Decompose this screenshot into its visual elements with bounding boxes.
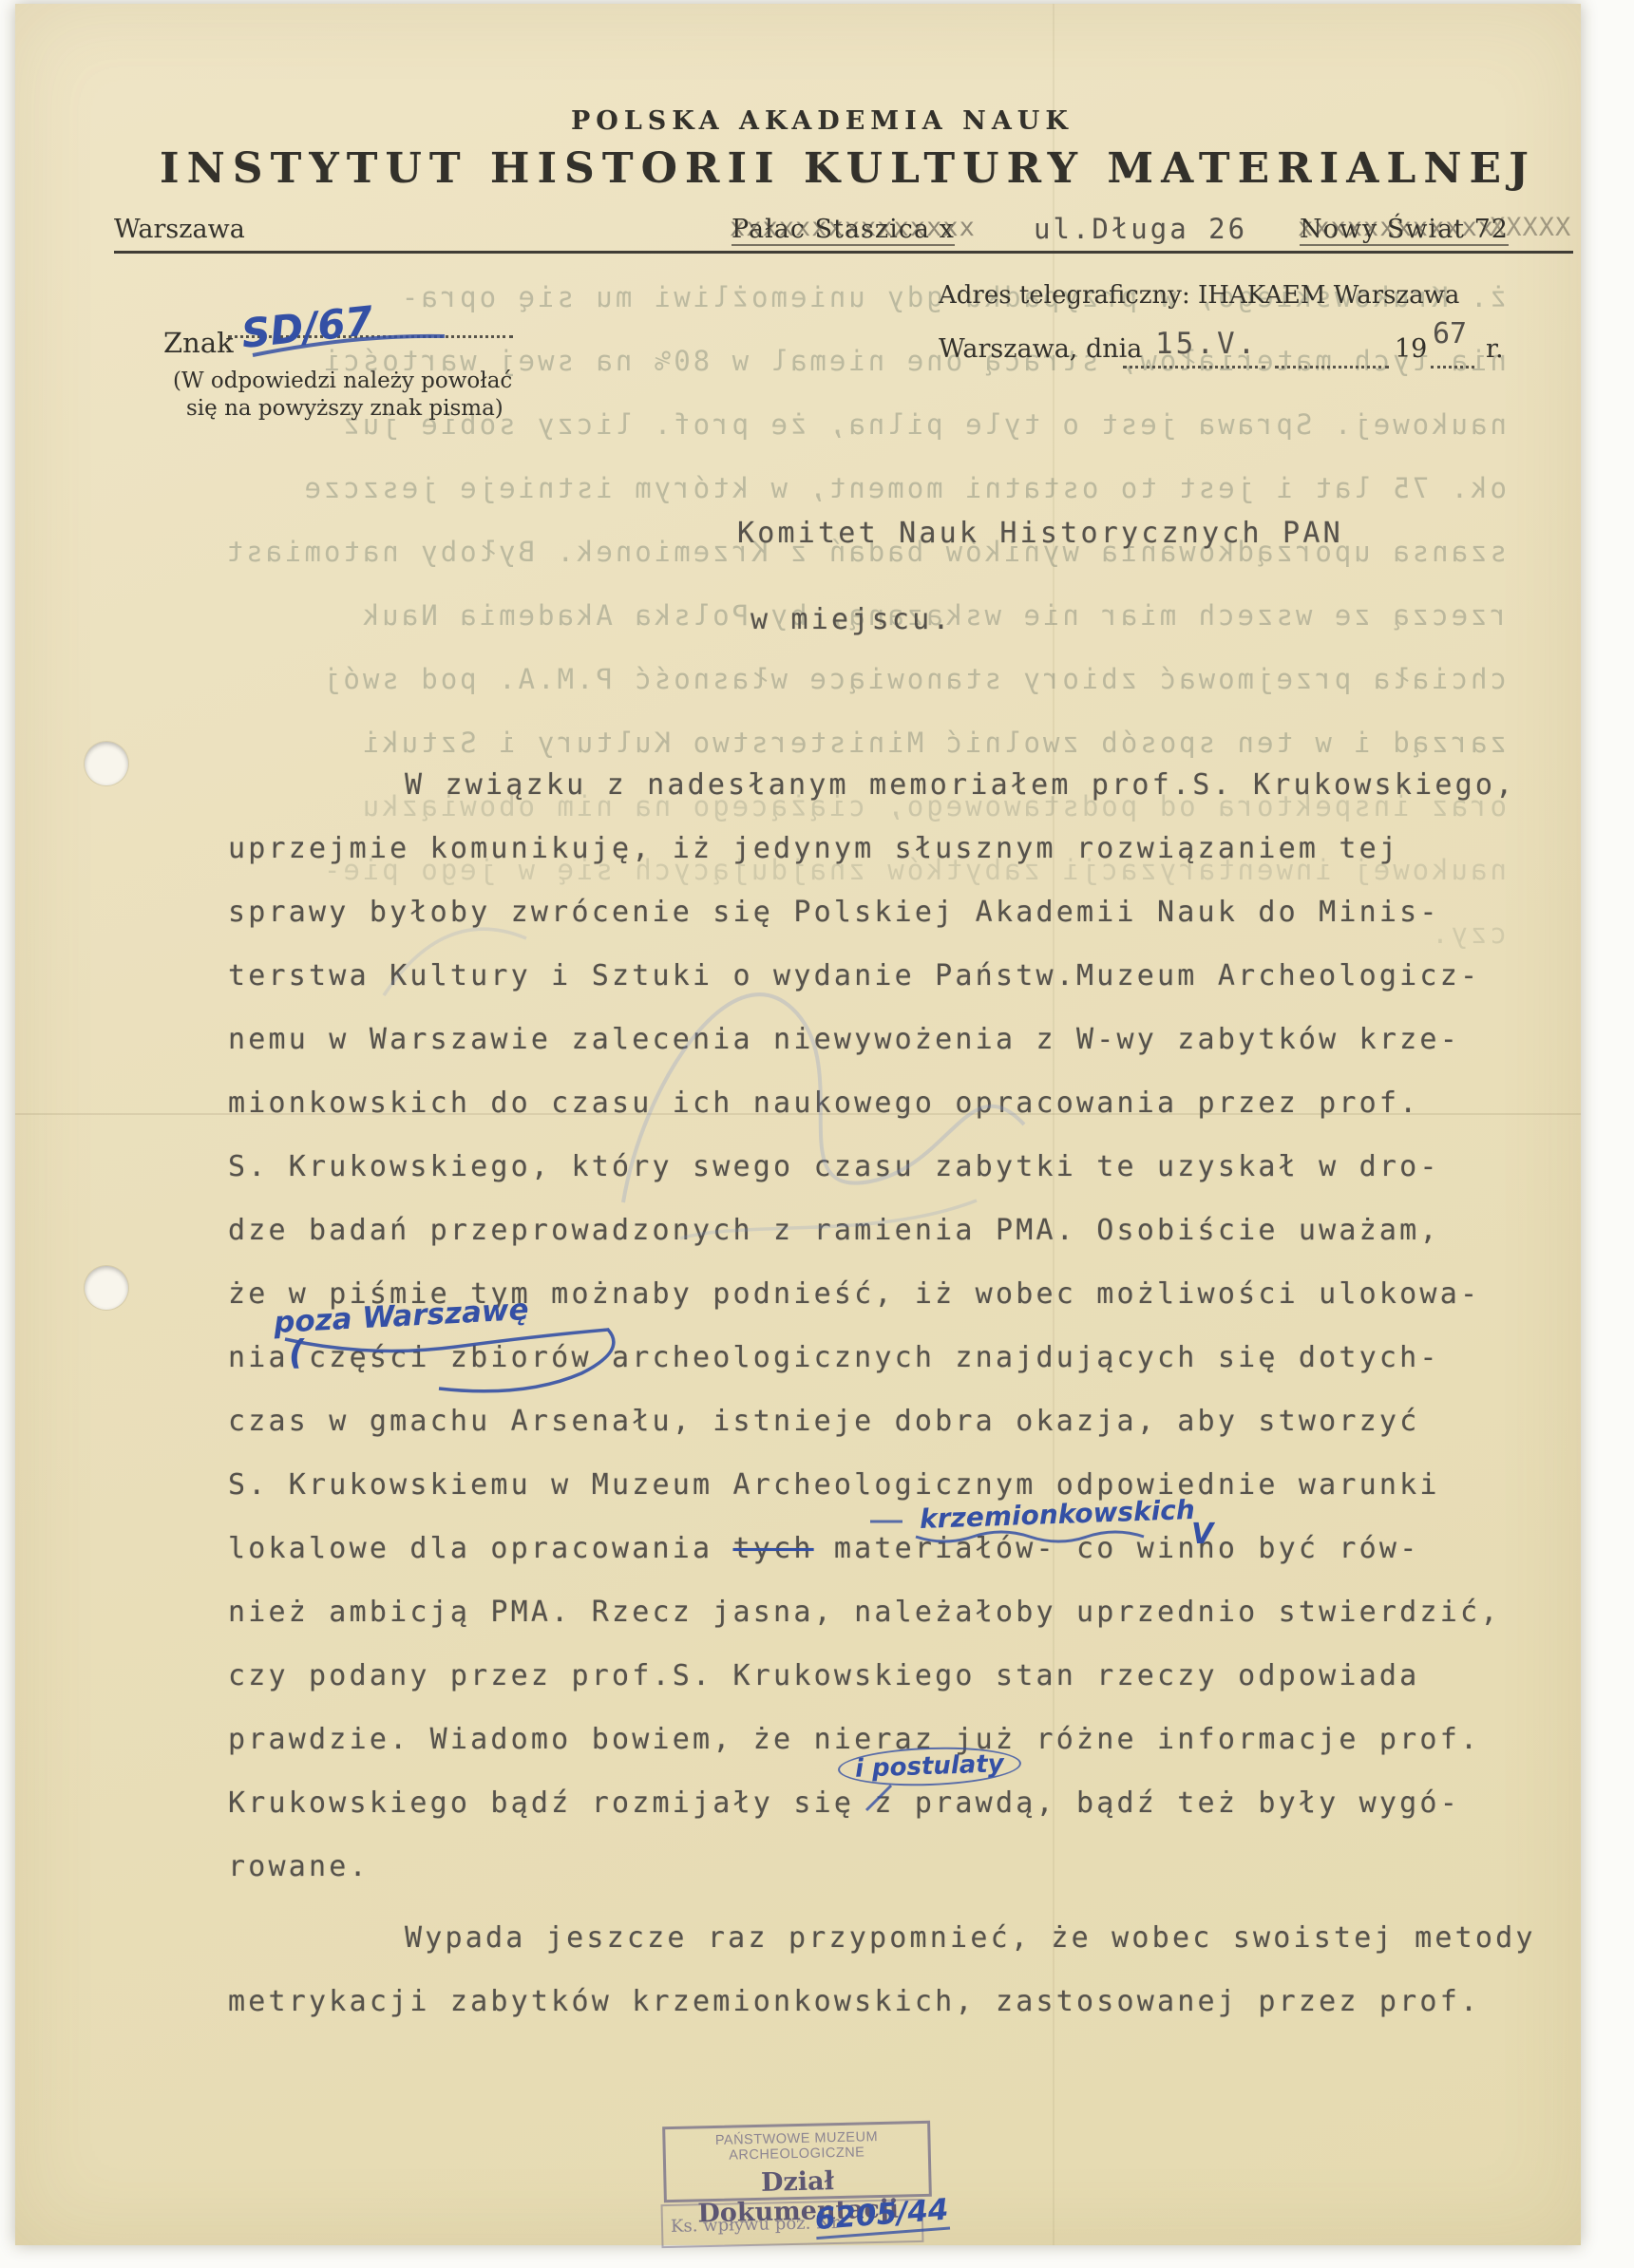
ghost-bleedthrough-line: chciała przejmować zbiory stanowiące wła… xyxy=(148,663,1507,695)
dateline-dotted-2 xyxy=(1275,365,1389,369)
typed-line: dze badań przeprowadzonych z ramienia PM… xyxy=(228,1214,1440,1247)
dateline-year-typed: 67 xyxy=(1433,317,1467,350)
letterhead-organization: POLSKA AKADEMIA NAUK xyxy=(571,106,1073,136)
dateline-suffix: r. xyxy=(1486,334,1504,364)
typed-line: metrykacji zabytków krzemionkowskich, za… xyxy=(228,1985,1480,2018)
typed-segment: lokalowe dla opracowania xyxy=(228,1532,733,1565)
handwritten-paren-mark: ( xyxy=(289,1333,304,1372)
typed-line: Krukowskiego bądź rozmijały się z prawdą… xyxy=(228,1786,1460,1820)
museum-stamp-box: PAŃSTWOWE MUZEUM ARCHEOLOGICZNE Dział Do… xyxy=(662,2121,932,2202)
typed-segment: materiałów xyxy=(814,1532,1036,1565)
typed-line-with-correction: lokalowe dla opracowania tych materiałów… xyxy=(228,1532,1419,1565)
typed-line: nia części zbiorów archeologicznych znaj… xyxy=(228,1341,1440,1374)
punch-hole xyxy=(85,742,128,785)
typed-line: rowane. xyxy=(228,1850,370,1883)
typed-line: W związku z nadesłanym memoriałem prof.S… xyxy=(405,768,1515,802)
typed-line: prawdzie. Wiadomo bowiem, że nieraz już … xyxy=(228,1723,1480,1756)
letterhead-city: Warszawa xyxy=(114,215,245,244)
punch-hole xyxy=(85,1266,128,1310)
letterhead-address-typed: ul.Długa 26 xyxy=(1034,213,1247,245)
reference-label: Znak xyxy=(163,327,234,359)
typed-line: uprzejmie komunikuję, iż jedynym słuszny… xyxy=(228,832,1399,865)
letter-scan-paper: ż. Krukowskiego, w przypadku gdy uniemoż… xyxy=(15,4,1581,2245)
typed-line: sprawy byłoby zwrócenie się Polskiej Aka… xyxy=(228,896,1440,929)
typed-line: terstwa Kultury i Sztuki o wydanie Państ… xyxy=(228,959,1480,992)
stamp-register-number-handwritten: 6205/44 xyxy=(814,2193,950,2240)
letterhead-rule xyxy=(114,251,1573,254)
dateline-prefix: Warszawa, dnia xyxy=(939,334,1142,364)
reference-note-line2: się na powyższy znak pisma) xyxy=(186,396,503,421)
dateline-year-printed: 19 xyxy=(1395,334,1427,364)
overtype-x-strike: xxxxxxxxxxxx xyxy=(1298,213,1494,242)
struck-word: tych xyxy=(733,1532,814,1565)
addressee-line2: w miejscu. xyxy=(750,603,953,636)
typed-line: S. Krukowskiego, który swego czasu zabyt… xyxy=(228,1150,1440,1183)
typed-segment: - co winno być rów- xyxy=(1035,1532,1419,1565)
telegraph-address: Adres telegraficzny: IHAKAEM Warszawa xyxy=(939,281,1459,310)
stamp-register-box: Ks. wpływu poz. Nr 6205/44 xyxy=(661,2199,924,2248)
handwritten-check-mark: V xyxy=(1191,1518,1213,1551)
ghost-bleedthrough-line: ok. 75 lat i jest to ostatni moment, w k… xyxy=(148,472,1507,504)
letterhead-institute: INSTYTUT HISTORII KULTURY MATERIALNEJ xyxy=(160,144,1536,193)
overtype-x-trailing: XXXXX xyxy=(1490,213,1571,242)
stamp-museum-name: PAŃSTWOWE MUZEUM ARCHEOLOGICZNE xyxy=(665,2128,928,2164)
typed-line: czy podany przez prof.S. Krukowskiego st… xyxy=(228,1659,1419,1692)
typed-line: Wypada jeszcze raz przypomnieć, że wobec… xyxy=(405,1921,1536,1955)
dateline-dotted-3 xyxy=(1431,365,1474,369)
typed-line: nież ambicją PMA. Rzecz jasna, należałob… xyxy=(228,1596,1500,1629)
ghost-bleedthrough-line: zarząd i w ten sposób zwolnić Ministerst… xyxy=(148,727,1507,759)
dateline-dotted-1 xyxy=(1123,365,1265,369)
typed-line: S. Krukowskiemu w Muzeum Archeologicznym… xyxy=(228,1468,1440,1502)
typed-line: nemu w Warszawie zalecenia niewywożenia … xyxy=(228,1023,1460,1056)
dateline-date-typed: 15.V. xyxy=(1155,327,1258,361)
overtype-x-strike: xxxxxxxxxxxxxxx xyxy=(730,213,976,242)
addressee-line1: Komitet Nauk Historycznych PAN xyxy=(737,517,1343,550)
typed-line: mionkowskich do czasu ich naukowego opra… xyxy=(228,1087,1419,1120)
reference-note-line1: (W odpowiedzi należy powołać xyxy=(173,369,512,393)
typed-line: czas w gmachu Arsenału, istnieje dobra o… xyxy=(228,1405,1419,1438)
